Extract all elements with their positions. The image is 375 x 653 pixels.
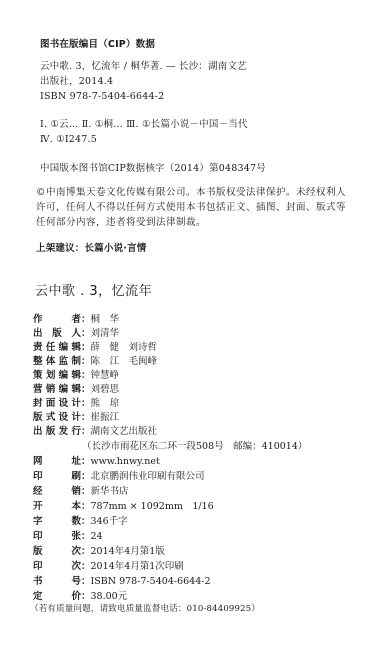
detail-row: 字 数：346千字: [33, 515, 128, 529]
credit-label: 版式设计: [33, 411, 81, 425]
detail-row: 印 张：24: [33, 530, 103, 544]
credit-value: 熊 琼: [91, 398, 120, 409]
detail-value: 38.00元: [91, 591, 128, 602]
credit-value: 刘碧思: [91, 384, 120, 395]
credit-row: 作 者：桐 华: [33, 313, 119, 327]
detail-label: 经 销: [33, 485, 81, 499]
cip-heading: 图书在版编目（CIP）数据: [40, 39, 155, 51]
detail-value: 24: [91, 531, 103, 542]
credit-value: 钟慧峥: [91, 370, 120, 381]
publisher-address: （长沙市雨花区东二环一段508号 邮编：410014）: [82, 440, 307, 454]
credit-label: 责任编辑: [33, 341, 81, 355]
detail-row: 书 号：ISBN 978-7-5404-6644-2: [33, 575, 211, 589]
cip-entry-line2: 出版社，2014.4: [40, 76, 113, 88]
credit-row: 整体监制：陈 江 毛闽峰: [33, 355, 157, 369]
detail-value: ISBN 978-7-5404-6644-2: [91, 576, 211, 587]
credit-value: 湖南文艺出版社: [91, 426, 158, 437]
detail-row: 开 本：787mm × 1092mm 1/16: [33, 500, 214, 514]
detail-label: 网 址: [33, 455, 81, 469]
detail-label: 印 张: [33, 530, 81, 544]
detail-value: 346千字: [91, 516, 128, 527]
credit-label: 整体监制: [33, 355, 81, 369]
credit-label: 营销编辑: [33, 383, 81, 397]
credit-value: 陈 江 毛闽峰: [91, 356, 158, 367]
credit-value: 桐 华: [91, 314, 120, 325]
detail-label: 书 号: [33, 575, 81, 589]
detail-value: 新华书店: [91, 486, 129, 497]
detail-label: 字 数: [33, 515, 81, 529]
detail-value: 787mm × 1092mm 1/16: [91, 501, 214, 512]
copyright-notice: ©中南博集天卷文化传媒有限公司。本书版权受法律保护。未经权利人许可，任何人不得以…: [36, 185, 346, 230]
detail-row: 网 址：www.hnwy.net: [33, 455, 160, 469]
detail-row: 定 价：38.00元: [33, 590, 127, 604]
detail-row: 印 刷：北京鹏润伟业印刷有限公司: [33, 470, 205, 484]
detail-row: 印 次：2014年4月第1次印刷: [33, 560, 184, 574]
detail-row: 经 销：新华书店: [33, 485, 129, 499]
credit-row: 出 版 人：刘清华: [33, 327, 119, 341]
book-title: 云中歌 . 3，忆流年: [35, 284, 152, 300]
credit-row: 营销编辑：刘碧思: [33, 383, 119, 397]
credit-row: 策划编辑：钟慧峥: [33, 369, 119, 383]
credit-label: 出版发行: [33, 425, 81, 439]
cip-isbn: ISBN 978-7-5404-6644-2: [40, 91, 164, 103]
credit-row: 封面设计：熊 琼: [33, 397, 119, 411]
detail-value: www.hnwy.net: [91, 456, 160, 467]
credit-value: 崔振江: [91, 412, 120, 423]
shelving-suggestion: 上架建议：长篇小说·言情: [36, 243, 147, 255]
quality-note: （若有质量问题，请致电质量监督电话：010-84409925）: [30, 603, 260, 615]
credit-row: 版式设计：崔振江: [33, 411, 119, 425]
detail-label: 版 次: [33, 545, 81, 559]
credit-label: 出 版 人: [33, 327, 81, 341]
detail-label: 印 次: [33, 560, 81, 574]
credit-label: 封面设计: [33, 397, 81, 411]
credit-label: 策划编辑: [33, 369, 81, 383]
cip-number: 中国版本图书馆CIP数据核字（2014）第048347号: [40, 163, 266, 175]
credit-value: 刘清华: [91, 328, 120, 339]
detail-label: 印 刷: [33, 470, 81, 484]
cip-entry-line1: 云中歌. 3，忆流年 / 桐华著. — 长沙：湖南文艺: [40, 61, 247, 73]
detail-label: 定 价: [33, 590, 81, 604]
detail-value: 2014年4月第1版: [91, 546, 165, 557]
cip-classification-line2: Ⅳ. ①I247.5: [40, 134, 97, 146]
credit-row: 责任编辑：薛 健 刘诗哲: [33, 341, 157, 355]
credit-value: 薛 健 刘诗哲: [91, 342, 158, 353]
detail-value: 2014年4月第1次印刷: [91, 561, 184, 572]
credit-label: 作 者: [33, 313, 81, 327]
detail-row: 版 次：2014年4月第1版: [33, 545, 165, 559]
cip-classification-line1: Ⅰ. ①云… Ⅱ. ①桐… Ⅲ. ①长篇小说－中国－当代: [40, 119, 248, 131]
detail-label: 开 本: [33, 500, 81, 514]
credit-row: 出版发行：湖南文艺出版社: [33, 425, 157, 439]
detail-value: 北京鹏润伟业印刷有限公司: [91, 471, 205, 482]
